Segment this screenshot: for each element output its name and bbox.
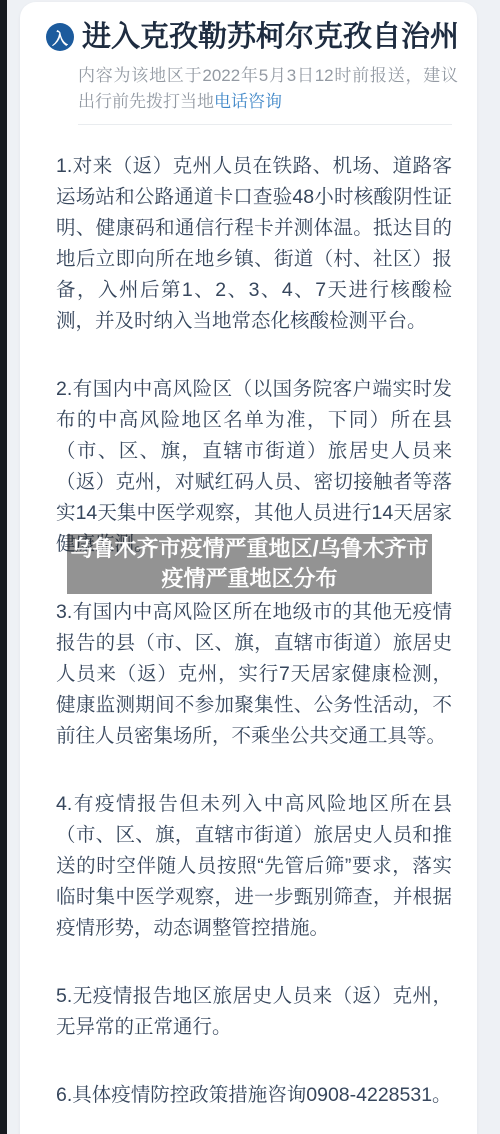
report-time-note: 内容为该地区于2022年5月3日12时前报送，建议出行前先拨打当地电话咨询 bbox=[78, 63, 458, 115]
policy-item-3: 3.有国内中高风险区所在地级市的其他无疫情报告的县（市、区、旗，直辖市街道）旅居… bbox=[56, 597, 452, 752]
page-header: 入 进入克孜勒苏柯尔克孜自治州 bbox=[46, 20, 452, 54]
policy-item-2: 2.有国内中高风险区（以国务院客户端实时发布的中高风险地区名单为准，下同）所在县… bbox=[56, 374, 452, 560]
policy-item-5: 5.无疫情报告地区旅居史人员来（返）克州，无异常的正常通行。 bbox=[56, 981, 452, 1043]
policy-item-4: 4.有疫情报告但未列入中高风险地区所在县（市、区、旗，直辖市街道）旅居史人员和推… bbox=[56, 789, 452, 944]
policy-item-6: 6.具体疫情防控政策措施咨询0908-4228531。 bbox=[56, 1080, 452, 1111]
watermark-overlay: 乌鲁木齐市疫情严重地区/乌鲁木齐市疫情严重地区分布 bbox=[67, 534, 432, 594]
page-title: 进入克孜勒苏柯尔克孜自治州 bbox=[82, 20, 459, 54]
policy-item-1: 1.对来（返）克州人员在铁路、机场、道路客运场站和公路通道卡口查验48小时核酸阴… bbox=[56, 151, 452, 337]
policy-list: 1.对来（返）克州人员在铁路、机场、道路客运场站和公路通道卡口查验48小时核酸阴… bbox=[56, 151, 452, 1111]
phone-consult-link[interactable]: 电话咨询 bbox=[214, 92, 282, 111]
header-divider bbox=[78, 124, 452, 125]
enter-circle-icon: 入 bbox=[46, 23, 74, 51]
enter-icon-glyph: 入 bbox=[52, 26, 68, 49]
left-edge-strip bbox=[0, 0, 7, 1134]
